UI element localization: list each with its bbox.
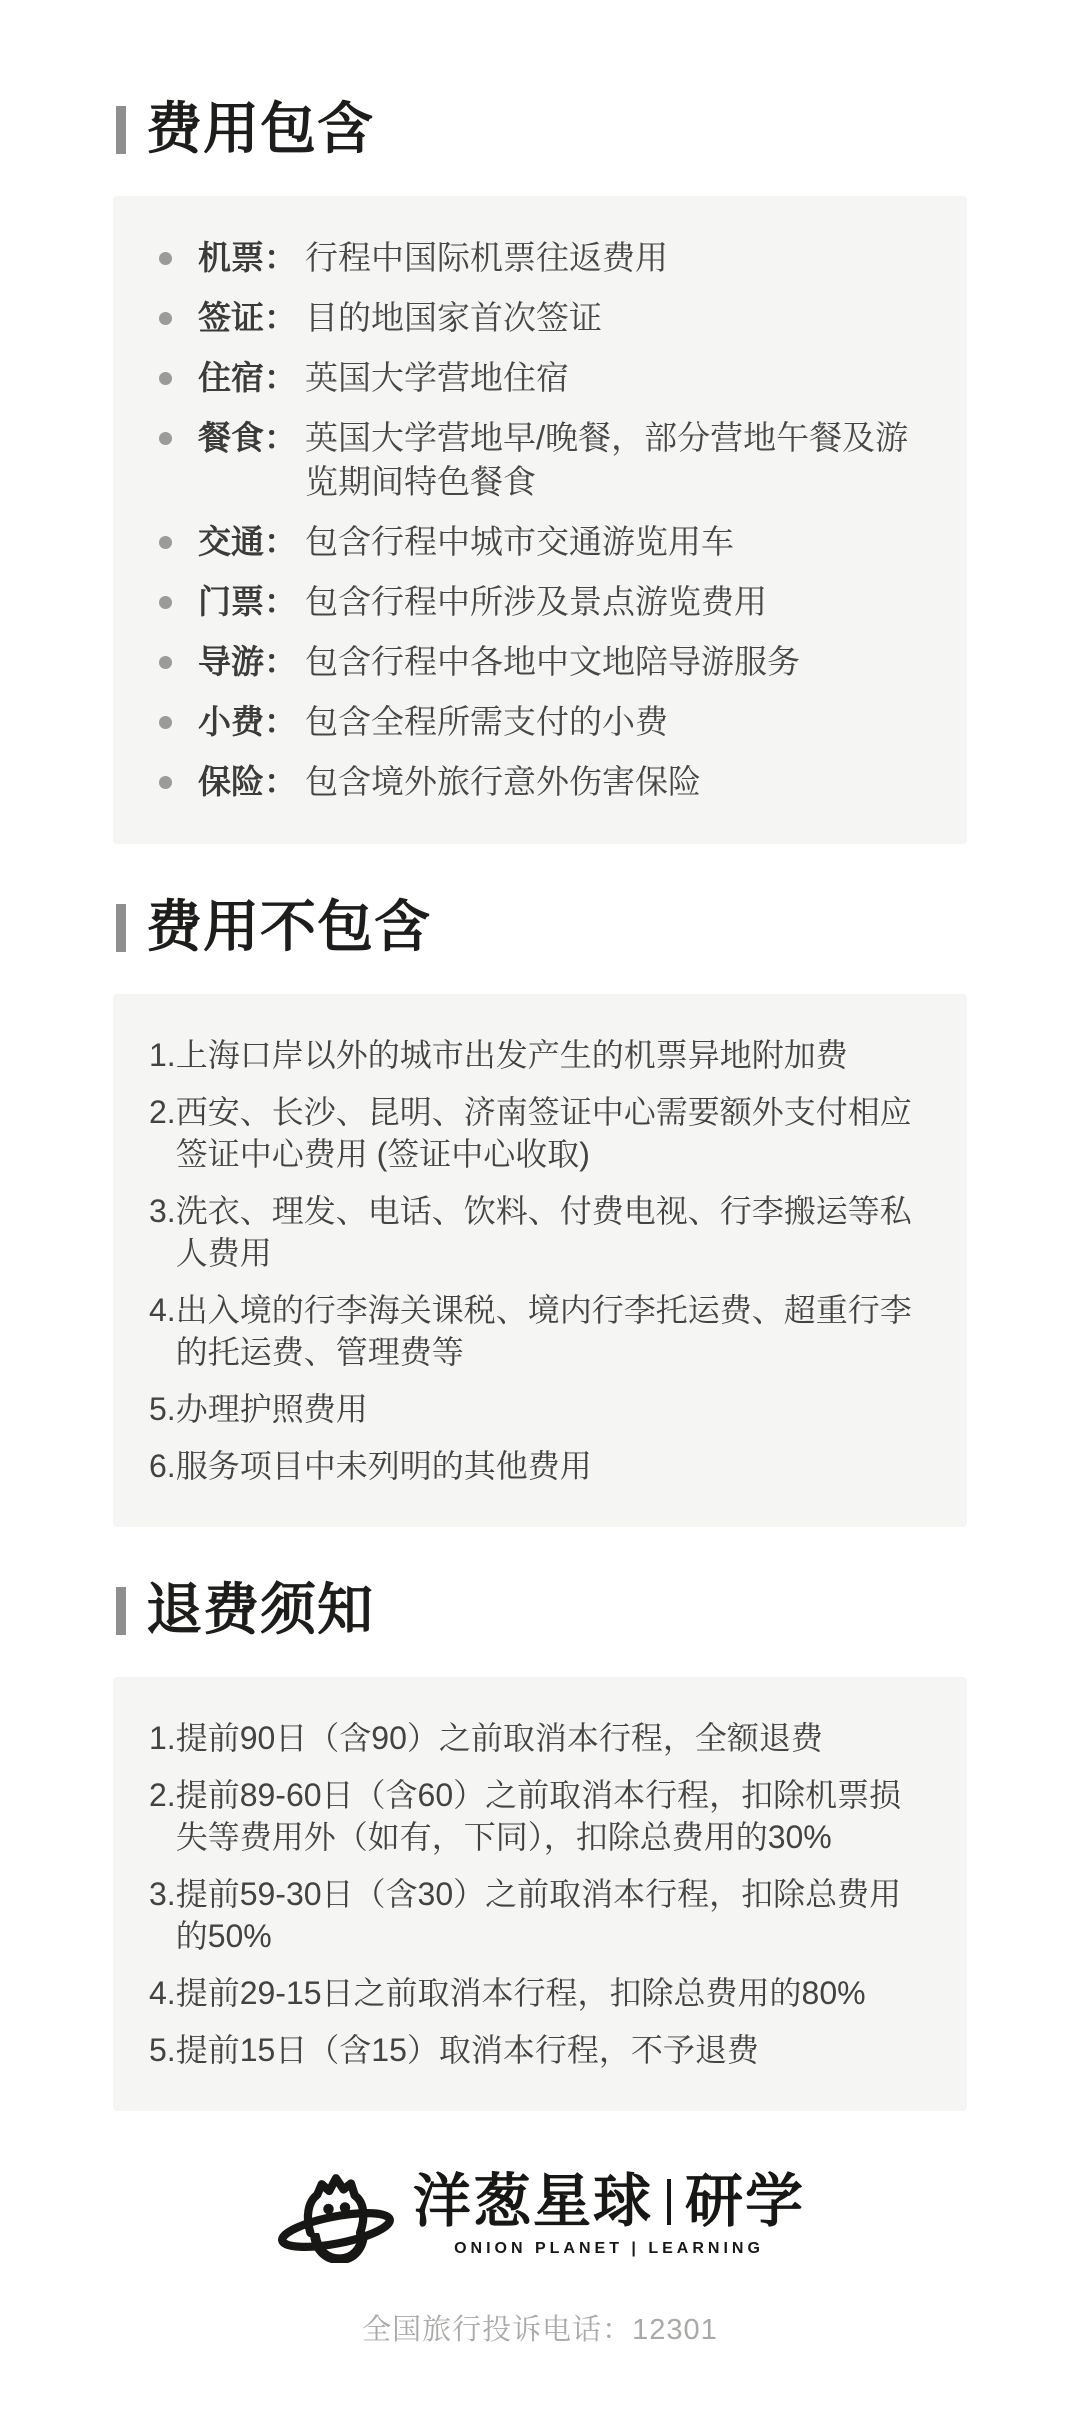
label-colon: ： (264, 359, 297, 396)
brand-name-row: 洋葱星球 研学 (413, 2172, 805, 2232)
item-label: 签证： (198, 296, 297, 340)
title-accent-bar (116, 904, 126, 952)
item-number: 2. (149, 1091, 176, 1133)
brand-divider (667, 2179, 671, 2225)
bullet-icon (159, 252, 172, 265)
item-text: 包含行程中城市交通游览用车 (305, 520, 931, 564)
item-text: 提前15日（含15）取消本行程，不予退费 (176, 2029, 931, 2071)
list-item: 3. 提前59-30日（含30）之前取消本行程，扣除总费用的50% (149, 1873, 931, 1957)
item-number: 5. (149, 2029, 176, 2071)
item-text: 目的地国家首次签证 (305, 296, 931, 340)
list-item: 住宿： 英国大学营地住宿 (149, 356, 931, 400)
item-text: 英国大学营地早/晚餐，部分营地午餐及游览期间特色餐食 (305, 416, 931, 504)
title-accent-bar (116, 106, 126, 154)
item-text: 提前89-60日（含60）之前取消本行程，扣除机票损失等费用外（如有，下同），扣… (176, 1774, 931, 1858)
label-colon: ： (264, 763, 297, 800)
item-text: 办理护照费用 (176, 1388, 931, 1430)
label-colon: ： (264, 299, 297, 336)
title-accent-bar (116, 1587, 126, 1635)
fees-included-panel: 机票： 行程中国际机票往返费用 签证： 目的地国家首次签证 住宿： 英国大学营地… (113, 196, 967, 844)
refund-notice-panel: 1. 提前90日（含90）之前取消本行程，全额退费 2. 提前89-60日（含6… (113, 1677, 967, 2111)
item-label: 餐食： (198, 416, 297, 460)
label-colon: ： (264, 419, 297, 456)
item-text: 洗衣、理发、电话、饮料、付费电视、行李搬运等私人费用 (176, 1190, 931, 1274)
item-text: 包含全程所需支付的小费 (305, 700, 931, 744)
section-header: 费用包含 (116, 102, 1080, 158)
list-item: 5. 办理护照费用 (149, 1388, 931, 1430)
fee-notice-page: 费用包含 机票： 行程中国际机票往返费用 签证： 目的地国家首次签证 住 (0, 0, 1080, 2434)
item-number: 4. (149, 1289, 176, 1331)
list-item: 4. 提前29-15日之前取消本行程，扣除总费用的80% (149, 1972, 931, 2014)
item-text: 行程中国际机票往返费用 (305, 236, 931, 280)
item-number: 2. (149, 1774, 176, 1816)
bullet-icon (159, 312, 172, 325)
section-fees-excluded: 费用不包含 1. 上海口岸以外的城市出发产生的机票异地附加费 2. 西安、长沙、… (0, 900, 1080, 1527)
item-label: 机票： (198, 236, 297, 280)
label-colon: ： (264, 239, 297, 276)
list-item: 餐食： 英国大学营地早/晚餐，部分营地午餐及游览期间特色餐食 (149, 416, 931, 504)
item-number: 1. (149, 1034, 176, 1076)
bullet-icon (159, 432, 172, 445)
list-item: 签证： 目的地国家首次签证 (149, 296, 931, 340)
complaint-hotline: 全国旅行投诉电话：12301 (0, 2307, 1080, 2348)
section-refund-notice: 退费须知 1. 提前90日（含90）之前取消本行程，全额退费 2. 提前89-6… (0, 1583, 1080, 2111)
bullet-icon (159, 716, 172, 729)
list-item: 导游： 包含行程中各地中文地陪导游服务 (149, 640, 931, 684)
item-label: 门票： (198, 580, 297, 624)
list-item: 6. 服务项目中未列明的其他费用 (149, 1445, 931, 1487)
item-text: 出入境的行李海关课税、境内行李托运费、超重行李的托运费、管理费等 (176, 1289, 931, 1373)
list-item: 2. 西安、长沙、昆明、济南签证中心需要额外支付相应签证中心费用 (签证中心收取… (149, 1091, 931, 1175)
bullet-icon (159, 776, 172, 789)
list-item: 4. 出入境的行李海关课税、境内行李托运费、超重行李的托运费、管理费等 (149, 1289, 931, 1373)
section-header: 退费须知 (116, 1583, 1080, 1639)
list-item: 2. 提前89-60日（含60）之前取消本行程，扣除机票损失等费用外（如有，下同… (149, 1774, 931, 1858)
item-text: 包含境外旅行意外伤害保险 (305, 760, 931, 804)
onion-planet-icon (275, 2167, 397, 2263)
item-text: 上海口岸以外的城市出发产生的机票异地附加费 (176, 1034, 931, 1076)
brand-name-en: ONION PLANET | LEARNING (454, 2240, 764, 2258)
item-number: 4. (149, 1972, 176, 2014)
section-header: 费用不包含 (116, 900, 1080, 956)
list-item: 保险： 包含境外旅行意外伤害保险 (149, 760, 931, 804)
label-colon: ： (264, 523, 297, 560)
brand-name-cn: 洋葱星球 (413, 2172, 653, 2232)
list-item: 3. 洗衣、理发、电话、饮料、付费电视、行李搬运等私人费用 (149, 1190, 931, 1274)
bullet-icon (159, 596, 172, 609)
bullet-icon (159, 372, 172, 385)
item-text: 提前59-30日（含30）之前取消本行程，扣除总费用的50% (176, 1873, 931, 1957)
item-text: 英国大学营地住宿 (305, 356, 931, 400)
section-fees-included: 费用包含 机票： 行程中国际机票往返费用 签证： 目的地国家首次签证 住 (0, 102, 1080, 844)
item-text: 提前29-15日之前取消本行程，扣除总费用的80% (176, 1972, 931, 2014)
list-item: 5. 提前15日（含15）取消本行程，不予退费 (149, 2029, 931, 2071)
list-item: 交通： 包含行程中城市交通游览用车 (149, 520, 931, 564)
item-label: 交通： (198, 520, 297, 564)
label-colon: ： (264, 643, 297, 680)
brand-logo: 洋葱星球 研学 ONION PLANET | LEARNING (0, 2167, 1080, 2263)
label-colon: ： (264, 583, 297, 620)
item-label: 保险： (198, 760, 297, 804)
list-item: 机票： 行程中国际机票往返费用 (149, 236, 931, 280)
section-title: 费用不包含 (146, 900, 431, 956)
bullet-icon (159, 536, 172, 549)
item-text: 包含行程中所涉及景点游览费用 (305, 580, 931, 624)
item-number: 1. (149, 1717, 176, 1759)
item-number: 5. (149, 1388, 176, 1430)
list-item: 门票： 包含行程中所涉及景点游览费用 (149, 580, 931, 624)
section-title: 费用包含 (146, 102, 374, 158)
item-label: 导游： (198, 640, 297, 684)
item-text: 西安、长沙、昆明、济南签证中心需要额外支付相应签证中心费用 (签证中心收取) (176, 1091, 931, 1175)
fees-excluded-panel: 1. 上海口岸以外的城市出发产生的机票异地附加费 2. 西安、长沙、昆明、济南签… (113, 994, 967, 1527)
brand-name-sub: 研学 (685, 2172, 805, 2232)
label-colon: ： (264, 703, 297, 740)
item-text: 包含行程中各地中文地陪导游服务 (305, 640, 931, 684)
brand-text: 洋葱星球 研学 ONION PLANET | LEARNING (413, 2172, 805, 2258)
item-number: 3. (149, 1873, 176, 1915)
section-title: 退费须知 (146, 1583, 374, 1639)
item-number: 3. (149, 1190, 176, 1232)
list-item: 小费： 包含全程所需支付的小费 (149, 700, 931, 744)
item-text: 提前90日（含90）之前取消本行程，全额退费 (176, 1717, 931, 1759)
item-text: 服务项目中未列明的其他费用 (176, 1445, 931, 1487)
item-label: 小费： (198, 700, 297, 744)
list-item: 1. 上海口岸以外的城市出发产生的机票异地附加费 (149, 1034, 931, 1076)
bullet-icon (159, 656, 172, 669)
footer: 洋葱星球 研学 ONION PLANET | LEARNING 全国旅行投诉电话… (0, 2167, 1080, 2348)
item-number: 6. (149, 1445, 176, 1487)
item-label: 住宿： (198, 356, 297, 400)
list-item: 1. 提前90日（含90）之前取消本行程，全额退费 (149, 1717, 931, 1759)
